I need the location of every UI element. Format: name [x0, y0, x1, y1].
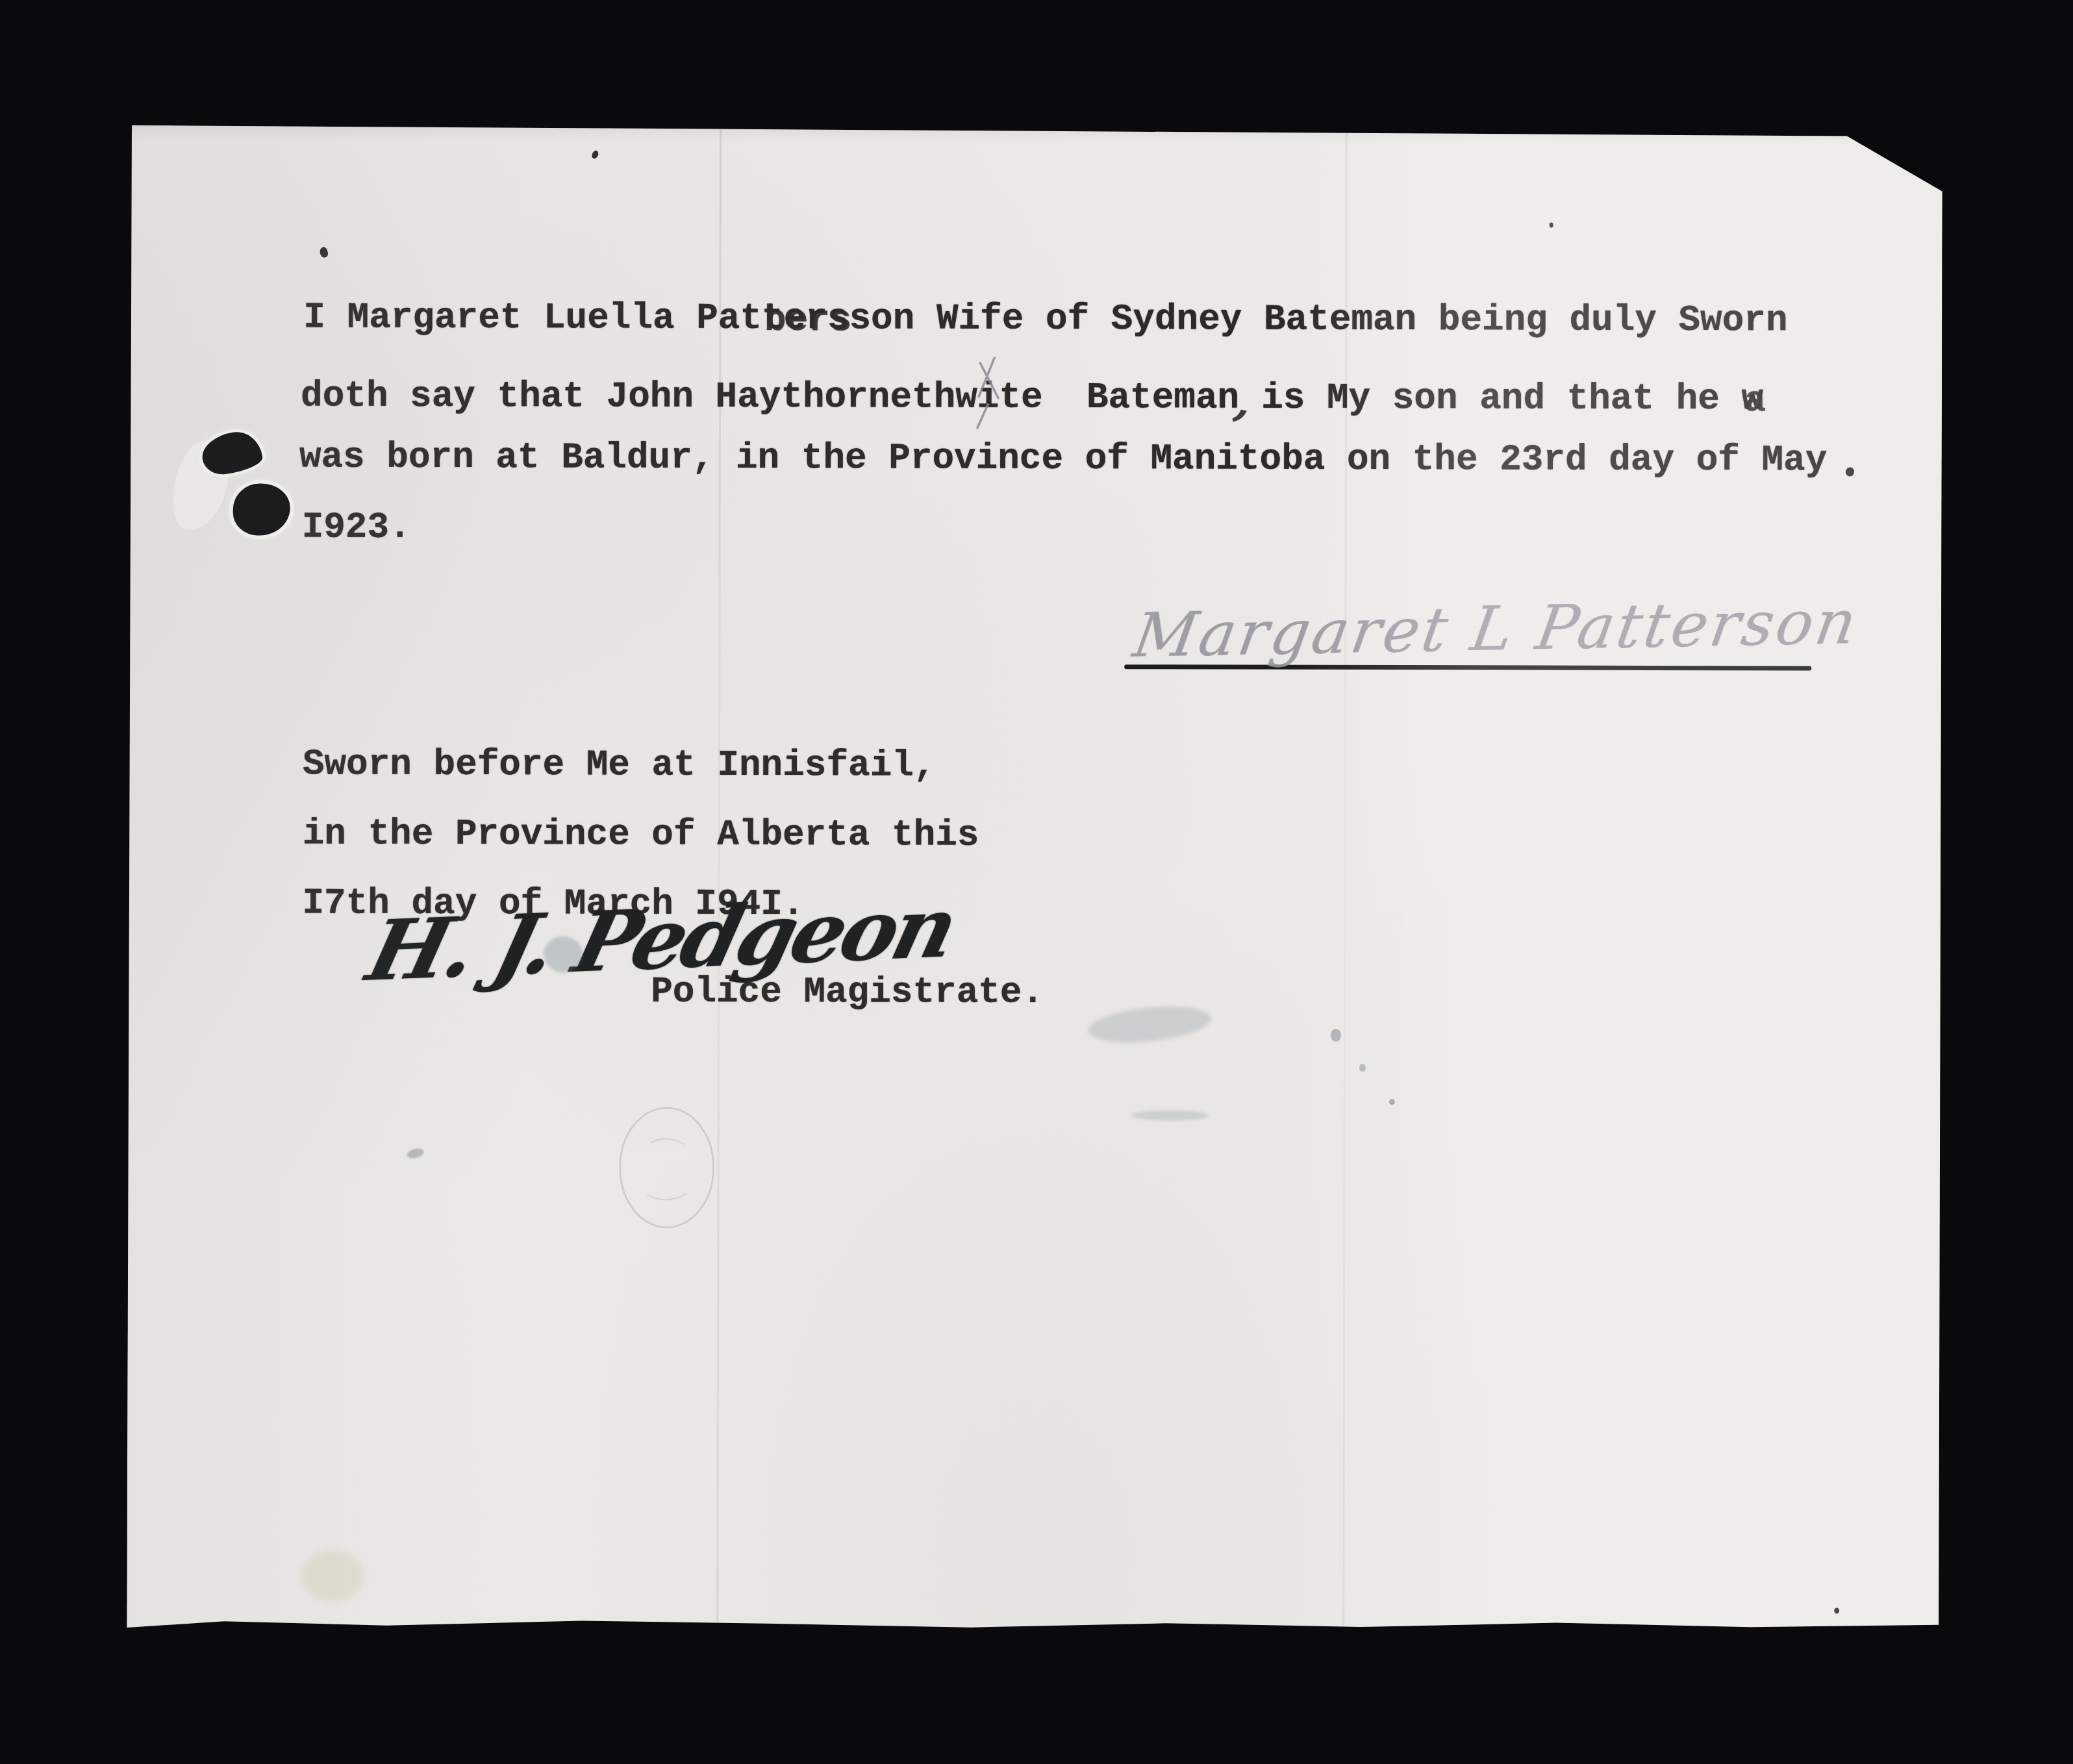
embossed-seal-detail	[647, 1139, 686, 1200]
overstrike-under-text: a	[1744, 383, 1766, 419]
affidavit-line-3: was born at Baldur, in the Province of M…	[299, 439, 1828, 479]
affidavit-line-1-post: son Wife of Sydney Bateman being duly Sw…	[849, 297, 1787, 341]
embossed-seal-outline	[620, 1108, 713, 1228]
ink-speck	[1846, 468, 1854, 477]
typewriter-overstrike-patterson: tersbers	[762, 300, 849, 336]
affidavit-line-4: I923.	[302, 509, 411, 546]
typewriter-overstrike-wa: wa	[1741, 381, 1763, 417]
scan-background: { "scene": { "background_color": "#0a0a0…	[0, 0, 2073, 1764]
handwritten-marks-overlay	[127, 122, 1943, 1639]
affidavit-line-1: I Margaret Luella Pattersbersson Wife of…	[303, 299, 1787, 339]
ink-speck	[318, 246, 329, 258]
ink-speck	[591, 149, 600, 160]
ink-smudge	[1389, 1099, 1395, 1105]
ink-smudge	[1087, 1002, 1212, 1048]
ink-smudge	[1359, 1064, 1366, 1072]
ink-smudge	[1331, 1029, 1341, 1042]
torn-hole-upper	[199, 429, 264, 477]
ink-speck	[1550, 223, 1553, 228]
jurat-line-2: in the Province of Alberta this	[303, 816, 979, 853]
magistrate-title: Police Magistrate.	[651, 974, 1044, 1011]
vertical-fold-crease-right	[1342, 125, 1348, 1637]
torn-hole-lower	[233, 483, 290, 535]
affidavit-line-2-main: doth say that John Haythornethwite Batem…	[301, 375, 1239, 419]
vertical-fold-crease-left	[716, 123, 722, 1636]
ink-speck	[1834, 1608, 1839, 1614]
affidavit-line-2: doth say that John Haythornethwite Batem…	[301, 370, 1763, 418]
ink-smudge	[406, 1147, 425, 1160]
affidavit-line-1-pre: I Margaret Luella Pat	[303, 297, 762, 339]
yellow-stain	[301, 1550, 363, 1602]
ink-smudge	[1131, 1110, 1209, 1120]
affidavit-paper-sheet: I Margaret Luella Pattersbersson Wife of…	[127, 122, 1943, 1639]
affidavit-line-2-rest: is My son and that he	[1261, 377, 1741, 420]
deponent-pencil-signature: Margaret L Patterson	[1129, 587, 1864, 672]
overstrike-under-text: bers	[764, 302, 852, 338]
jurat-line-1: Sworn before Me at Innisfail,	[303, 746, 936, 784]
